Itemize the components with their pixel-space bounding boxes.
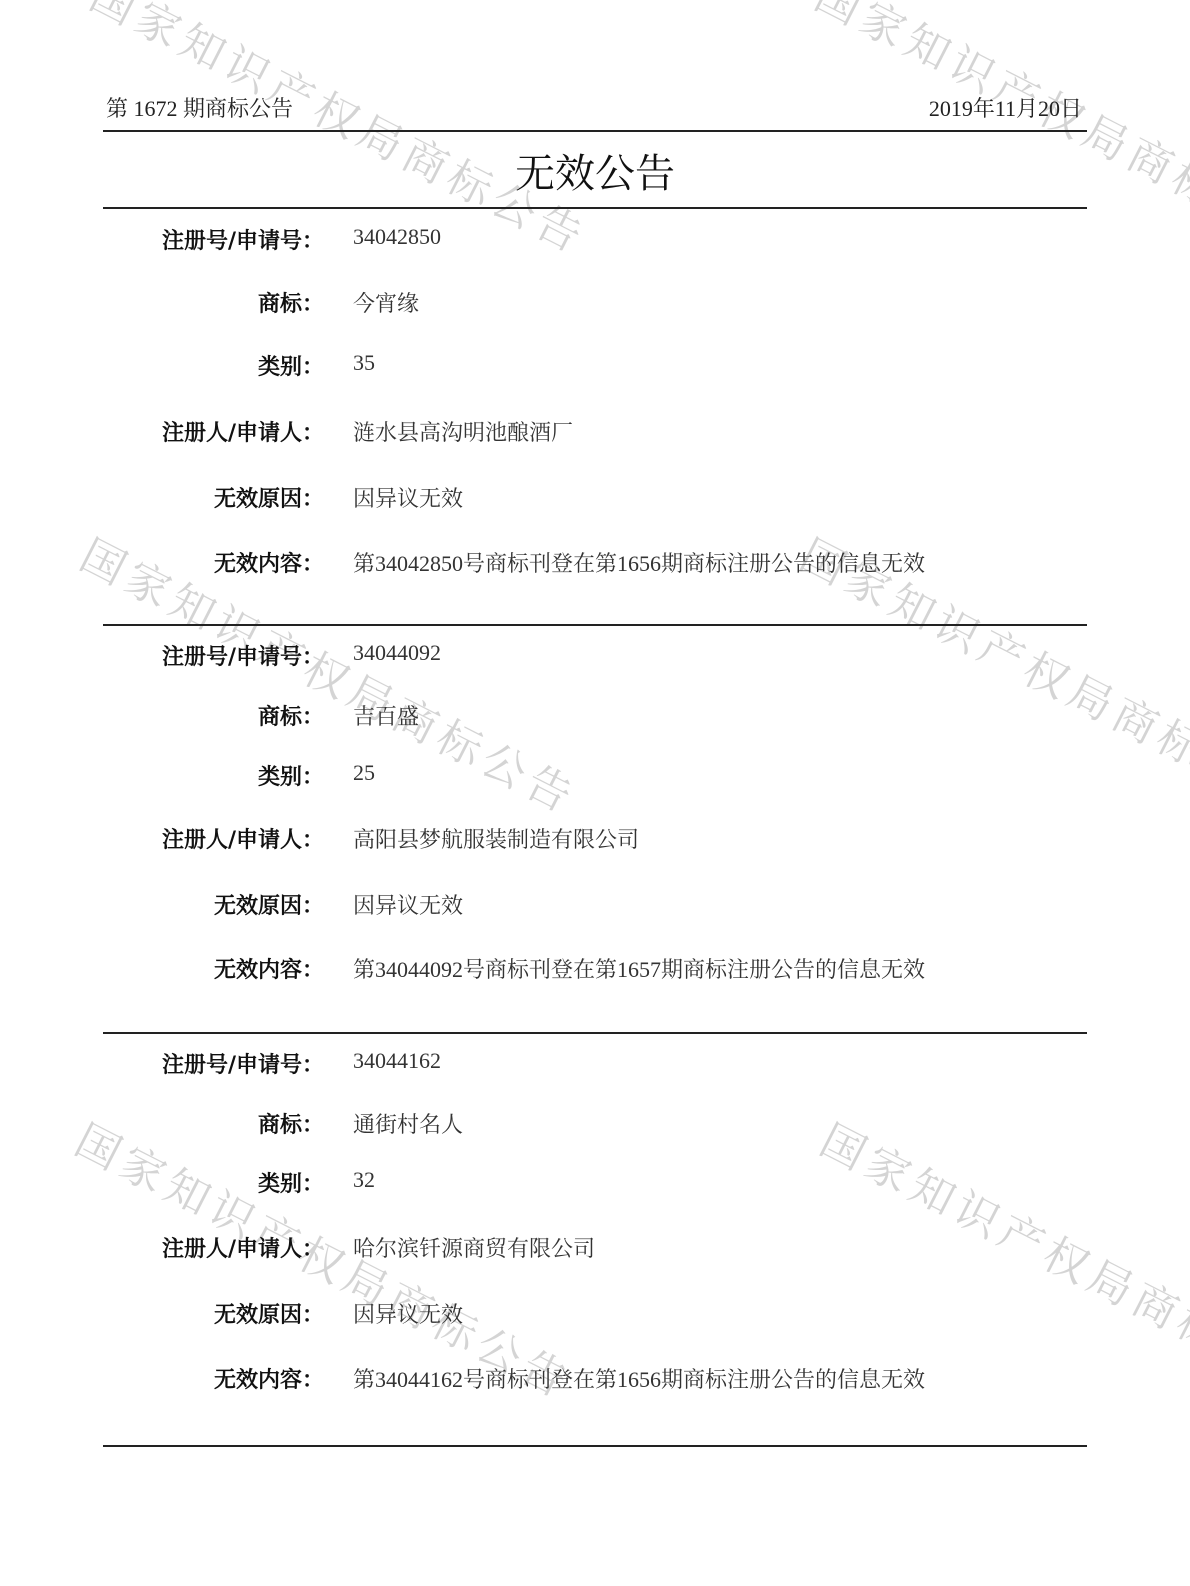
field-label: 注册人/申请人：	[162, 1232, 324, 1263]
field-label: 注册人/申请人：	[162, 416, 324, 447]
field-class: 类别： 32	[0, 1167, 1190, 1203]
field-trademark: 商标： 通街村名人	[0, 1108, 1190, 1144]
field-class: 类别： 25	[0, 760, 1190, 796]
publication-date: 2019年11月20日	[929, 92, 1082, 123]
field-label: 商标：	[258, 287, 324, 318]
announcement-page: 国家知识产权局商标公告 国家知识产权局商标公告 国家知识产权局商标公告 国家知识…	[0, 0, 1190, 1586]
title-divider	[103, 207, 1087, 209]
field-registrant: 注册人/申请人： 涟水县高沟明池酿酒厂	[0, 416, 1190, 452]
field-content: 无效内容： 第34044162号商标刊登在第1656期商标注册公告的信息无效	[0, 1363, 1190, 1399]
content-value: 第34042850号商标刊登在第1656期商标注册公告的信息无效	[353, 547, 925, 578]
reason-value: 因异议无效	[353, 1298, 463, 1329]
field-content: 无效内容： 第34044092号商标刊登在第1657期商标注册公告的信息无效	[0, 953, 1190, 989]
class-value: 35	[353, 350, 375, 376]
field-label: 无效内容：	[214, 1363, 324, 1394]
field-trademark: 商标： 吉百盛	[0, 700, 1190, 736]
record-divider	[103, 1032, 1087, 1034]
field-content: 无效内容： 第34042850号商标刊登在第1656期商标注册公告的信息无效	[0, 547, 1190, 583]
field-label: 无效内容：	[214, 547, 324, 578]
field-label: 无效原因：	[214, 889, 324, 920]
class-value: 32	[353, 1167, 375, 1193]
registrant-value: 哈尔滨钎源商贸有限公司	[353, 1232, 595, 1263]
page-title: 无效公告	[0, 142, 1190, 199]
field-reason: 无效原因： 因异议无效	[0, 482, 1190, 518]
reason-value: 因异议无效	[353, 482, 463, 513]
field-reg-no: 注册号/申请号： 34042850	[0, 224, 1190, 260]
field-registrant: 注册人/申请人： 高阳县梦航服装制造有限公司	[0, 823, 1190, 859]
field-label: 注册号/申请号：	[162, 640, 324, 671]
reg-no-value: 34042850	[353, 224, 441, 250]
field-reason: 无效原因： 因异议无效	[0, 1298, 1190, 1334]
field-trademark: 商标： 今宵缘	[0, 287, 1190, 323]
class-value: 25	[353, 760, 375, 786]
field-label: 类别：	[258, 1167, 324, 1198]
field-label: 注册人/申请人：	[162, 823, 324, 854]
issue-number: 第 1672 期商标公告	[106, 92, 293, 123]
reg-no-value: 34044092	[353, 640, 441, 666]
record-divider	[103, 624, 1087, 626]
field-reg-no: 注册号/申请号： 34044162	[0, 1048, 1190, 1084]
field-label: 无效内容：	[214, 953, 324, 984]
field-reg-no: 注册号/申请号： 34044092	[0, 640, 1190, 676]
field-label: 无效原因：	[214, 482, 324, 513]
trademark-value: 吉百盛	[353, 700, 419, 731]
field-class: 类别： 35	[0, 350, 1190, 386]
field-label: 注册号/申请号：	[162, 1048, 324, 1079]
reason-value: 因异议无效	[353, 889, 463, 920]
field-label: 商标：	[258, 1108, 324, 1139]
record-divider	[103, 1445, 1087, 1447]
field-reason: 无效原因： 因异议无效	[0, 889, 1190, 925]
field-label: 无效原因：	[214, 1298, 324, 1329]
field-label: 类别：	[258, 760, 324, 791]
field-label: 类别：	[258, 350, 324, 381]
content-value: 第34044092号商标刊登在第1657期商标注册公告的信息无效	[353, 953, 925, 984]
trademark-value: 今宵缘	[353, 287, 419, 318]
trademark-value: 通街村名人	[353, 1108, 463, 1139]
field-registrant: 注册人/申请人： 哈尔滨钎源商贸有限公司	[0, 1232, 1190, 1268]
field-label: 注册号/申请号：	[162, 224, 324, 255]
content-value: 第34044162号商标刊登在第1656期商标注册公告的信息无效	[353, 1363, 925, 1394]
header-divider	[103, 130, 1087, 132]
reg-no-value: 34044162	[353, 1048, 441, 1074]
registrant-value: 高阳县梦航服装制造有限公司	[353, 823, 639, 854]
registrant-value: 涟水县高沟明池酿酒厂	[353, 416, 573, 447]
field-label: 商标：	[258, 700, 324, 731]
